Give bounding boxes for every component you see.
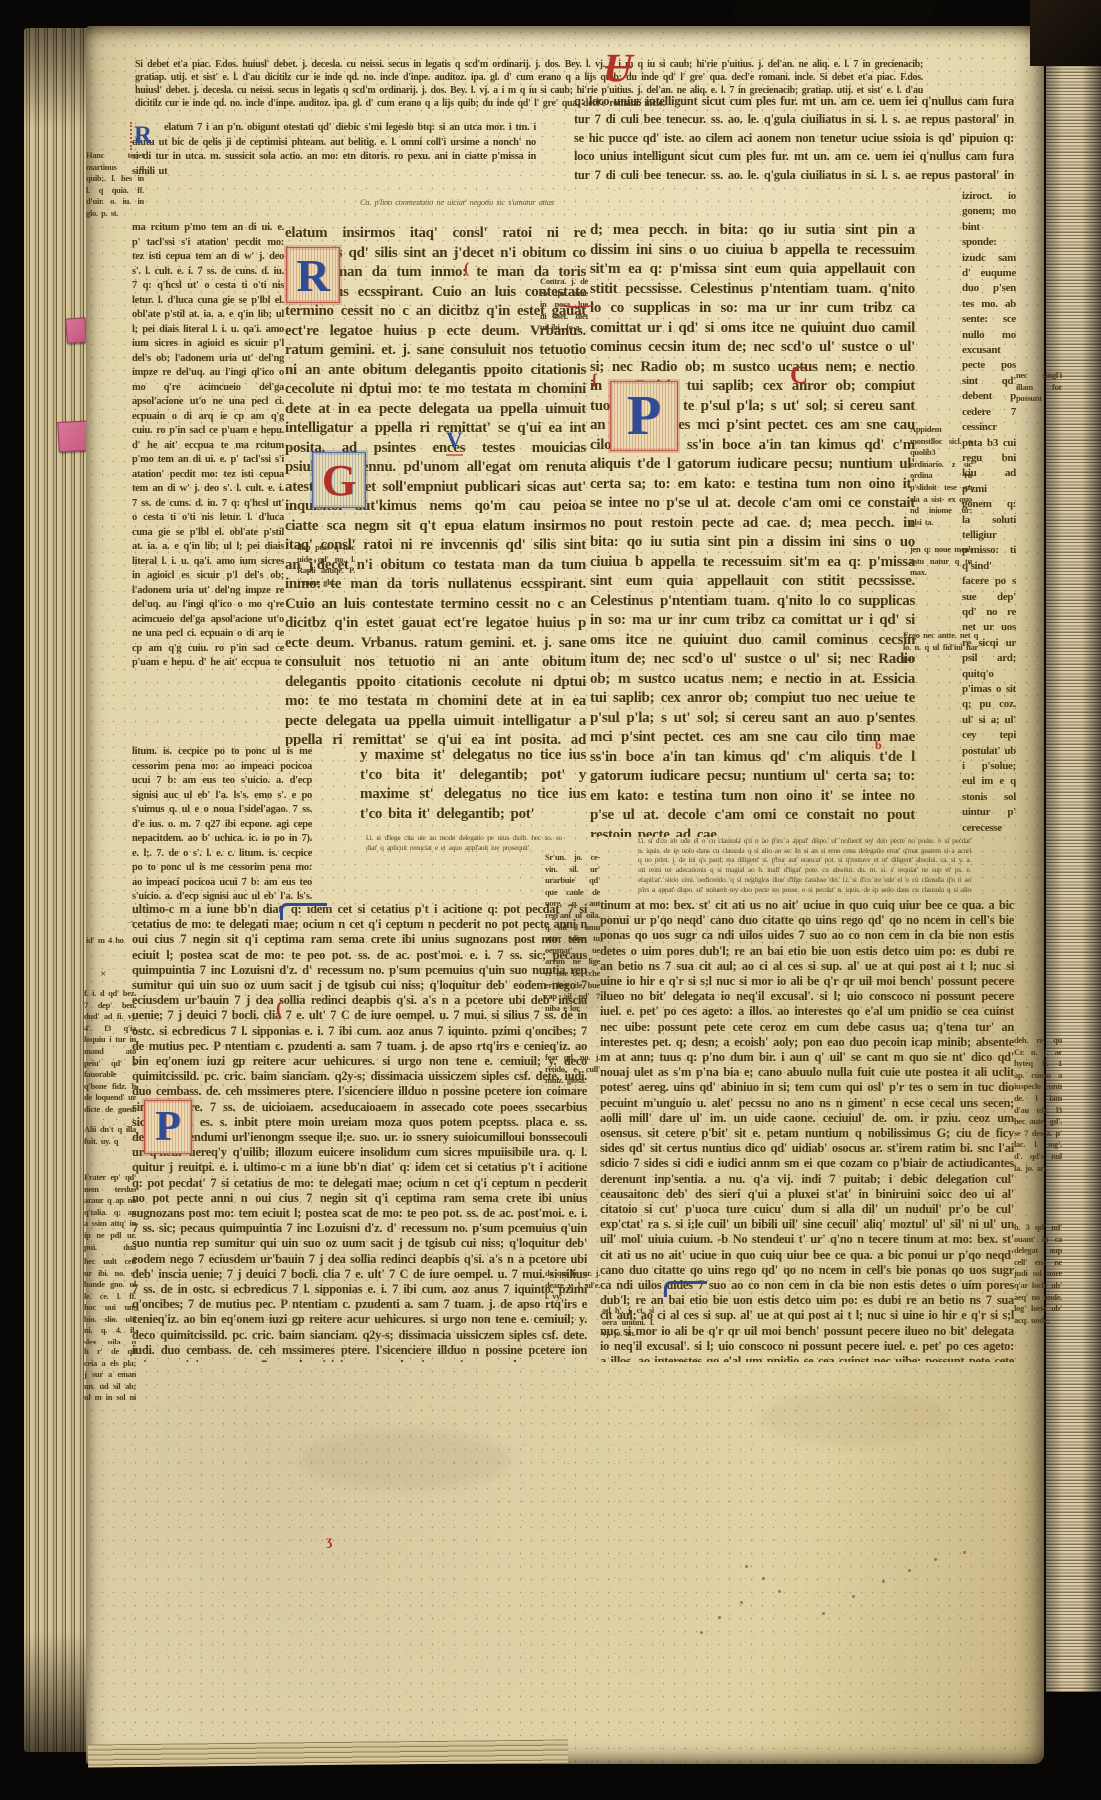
wormhole-dot	[822, 1612, 825, 1615]
initial-p-lower-letter: P	[155, 1103, 181, 1151]
wormhole-dot	[740, 1601, 743, 1604]
wormhole-dot	[934, 1558, 937, 1561]
note-frater: Frater ep' qd' nem terdus araur q ap no …	[84, 1172, 136, 1252]
wormhole-dot	[852, 1595, 855, 1598]
note-deh: deh. re. qu Cr. n. j. ar hyteq fi. 1 ap.…	[1014, 1035, 1062, 1193]
main-column-2: d; mea pecch. in bita: qo iu sutia sint …	[590, 221, 915, 837]
note-hanc-tenet: Hanc tenet martinus q quib;. l. hes in l…	[86, 150, 144, 236]
stain-bottom-left	[300, 1430, 510, 1490]
initial-p-letter: P	[627, 384, 661, 448]
lower-gloss-left: ultimo-c m a iune bb'n diat' q: idem cet…	[132, 902, 587, 1362]
note-alii: Alii dn't q illa fuit. uy. q	[84, 1124, 136, 1152]
wormhole-dot	[762, 1577, 765, 1580]
wormhole-dot	[718, 1616, 721, 1619]
bottom-red-mark: ʒ	[326, 1534, 332, 1550]
initial-r-letter: R	[296, 249, 329, 302]
initial-p-lower: P	[144, 1100, 192, 1154]
stain-bottom-right	[760, 1390, 950, 1445]
left-gloss-initial-r: R	[130, 122, 152, 150]
main-column-1-footnote: l.i. si d'lege cita uie au mode delegati…	[366, 833, 562, 864]
main-column-1-tail: y maxime st' delegatus no tice ius t'co …	[360, 746, 586, 831]
note-id-m: id' m 4 ho	[86, 935, 134, 948]
note-hoc: hoc uui un; bio. slio. ul'l ni. q. 4. il…	[84, 1302, 136, 1344]
initial-r-relatum: R	[286, 247, 340, 303]
top-strap-shadow	[731, 0, 934, 23]
wormhole-dot	[908, 1569, 911, 1572]
red-paren-mark-col2: ʃ	[592, 372, 597, 389]
initial-p-prudentiam: P	[610, 381, 678, 451]
rubric-line: Ca. p'lino conmestatio ne uiciat' negoti…	[360, 196, 610, 210]
red-initial-c-celestinus: C	[790, 362, 808, 390]
left-gloss-bottom: litum. is. cecpice po to ponc ul is me c…	[132, 745, 312, 903]
note-hr: h r' de qil ceia a els pla; j sur a eman…	[84, 1346, 136, 1402]
fore-edge-page-stack	[1046, 42, 1101, 1692]
lower-gloss-right: tinum at mo: bex. st' cit ati us no ait'…	[600, 898, 1014, 1362]
pen-x-mark: ×	[100, 968, 106, 980]
wormhole-dot	[745, 1565, 748, 1568]
red-b-mark: b	[875, 738, 882, 753]
right-gloss-column: iziroct. io gonem; mo bint sponde: izudc…	[962, 189, 1016, 839]
note-dequib: de qui b; ur. j. deare y. l. ul'e. l. vy…	[545, 1268, 600, 1314]
wormhole-dot	[882, 1580, 885, 1583]
note-nec-singli: nec singl'i illam for possunt	[1016, 370, 1062, 406]
note-adh: ad h'. j. ct. si oera uniuni. l. vj. jo.…	[602, 1305, 654, 1345]
blue-bracket-mark-upper	[280, 903, 327, 920]
bookmark-tab-upper	[65, 317, 87, 343]
note-contra: Contra. j. de eo qui ame in posa lue ni …	[540, 276, 588, 356]
wormhole-dot	[700, 1631, 703, 1634]
wormhole-dot	[963, 1551, 966, 1554]
blue-bracket-mark-lower	[664, 1281, 707, 1297]
initial-g-gratum: G	[312, 452, 366, 508]
red-underline-mark	[560, 300, 594, 308]
note-fear: fear qd. no. j. retido. e- cull' mulz. g…	[545, 1052, 600, 1096]
gutter-page-edges	[24, 28, 88, 1752]
cover-corner	[1030, 0, 1101, 66]
note-b3: b. 3 qd' nd' ouant' in ca delegat aup ce…	[1014, 1222, 1062, 1354]
left-gloss-narrow: ma rcitum p'mo tem an di ui. e. p' tacl'…	[132, 221, 284, 745]
note-fid: f. i. d qd' bez. 7 dep' ben. dud' ad fi.…	[84, 988, 136, 1120]
initial-v-urbanus: V	[446, 428, 463, 456]
wormhole-dot	[778, 1590, 781, 1593]
note-hec: hec uult ceti ur ibi. no. s' bande gno. …	[84, 1256, 136, 1300]
initial-g-letter: G	[322, 455, 356, 506]
manuscript-photo: Si debet et'a piac. F.dos. huiusl' debet…	[0, 0, 1101, 1800]
note-dup-puis: dup puis q hoc uide qd' no. l. Rapli ant…	[297, 542, 355, 608]
note-srun: Sr'un. jo. ce- vin. sil. ur' urarbuie qd…	[545, 852, 600, 1014]
red-paren-mark-lower: (	[276, 998, 282, 1020]
top-right-gloss: q: loco unius intelligunt sicut cum ples…	[574, 92, 1014, 187]
red-paren-mark-col1: (	[464, 260, 469, 278]
main-column-2-footnote: l.i. si d'co ire ude el o cu clausula q'…	[638, 836, 971, 894]
